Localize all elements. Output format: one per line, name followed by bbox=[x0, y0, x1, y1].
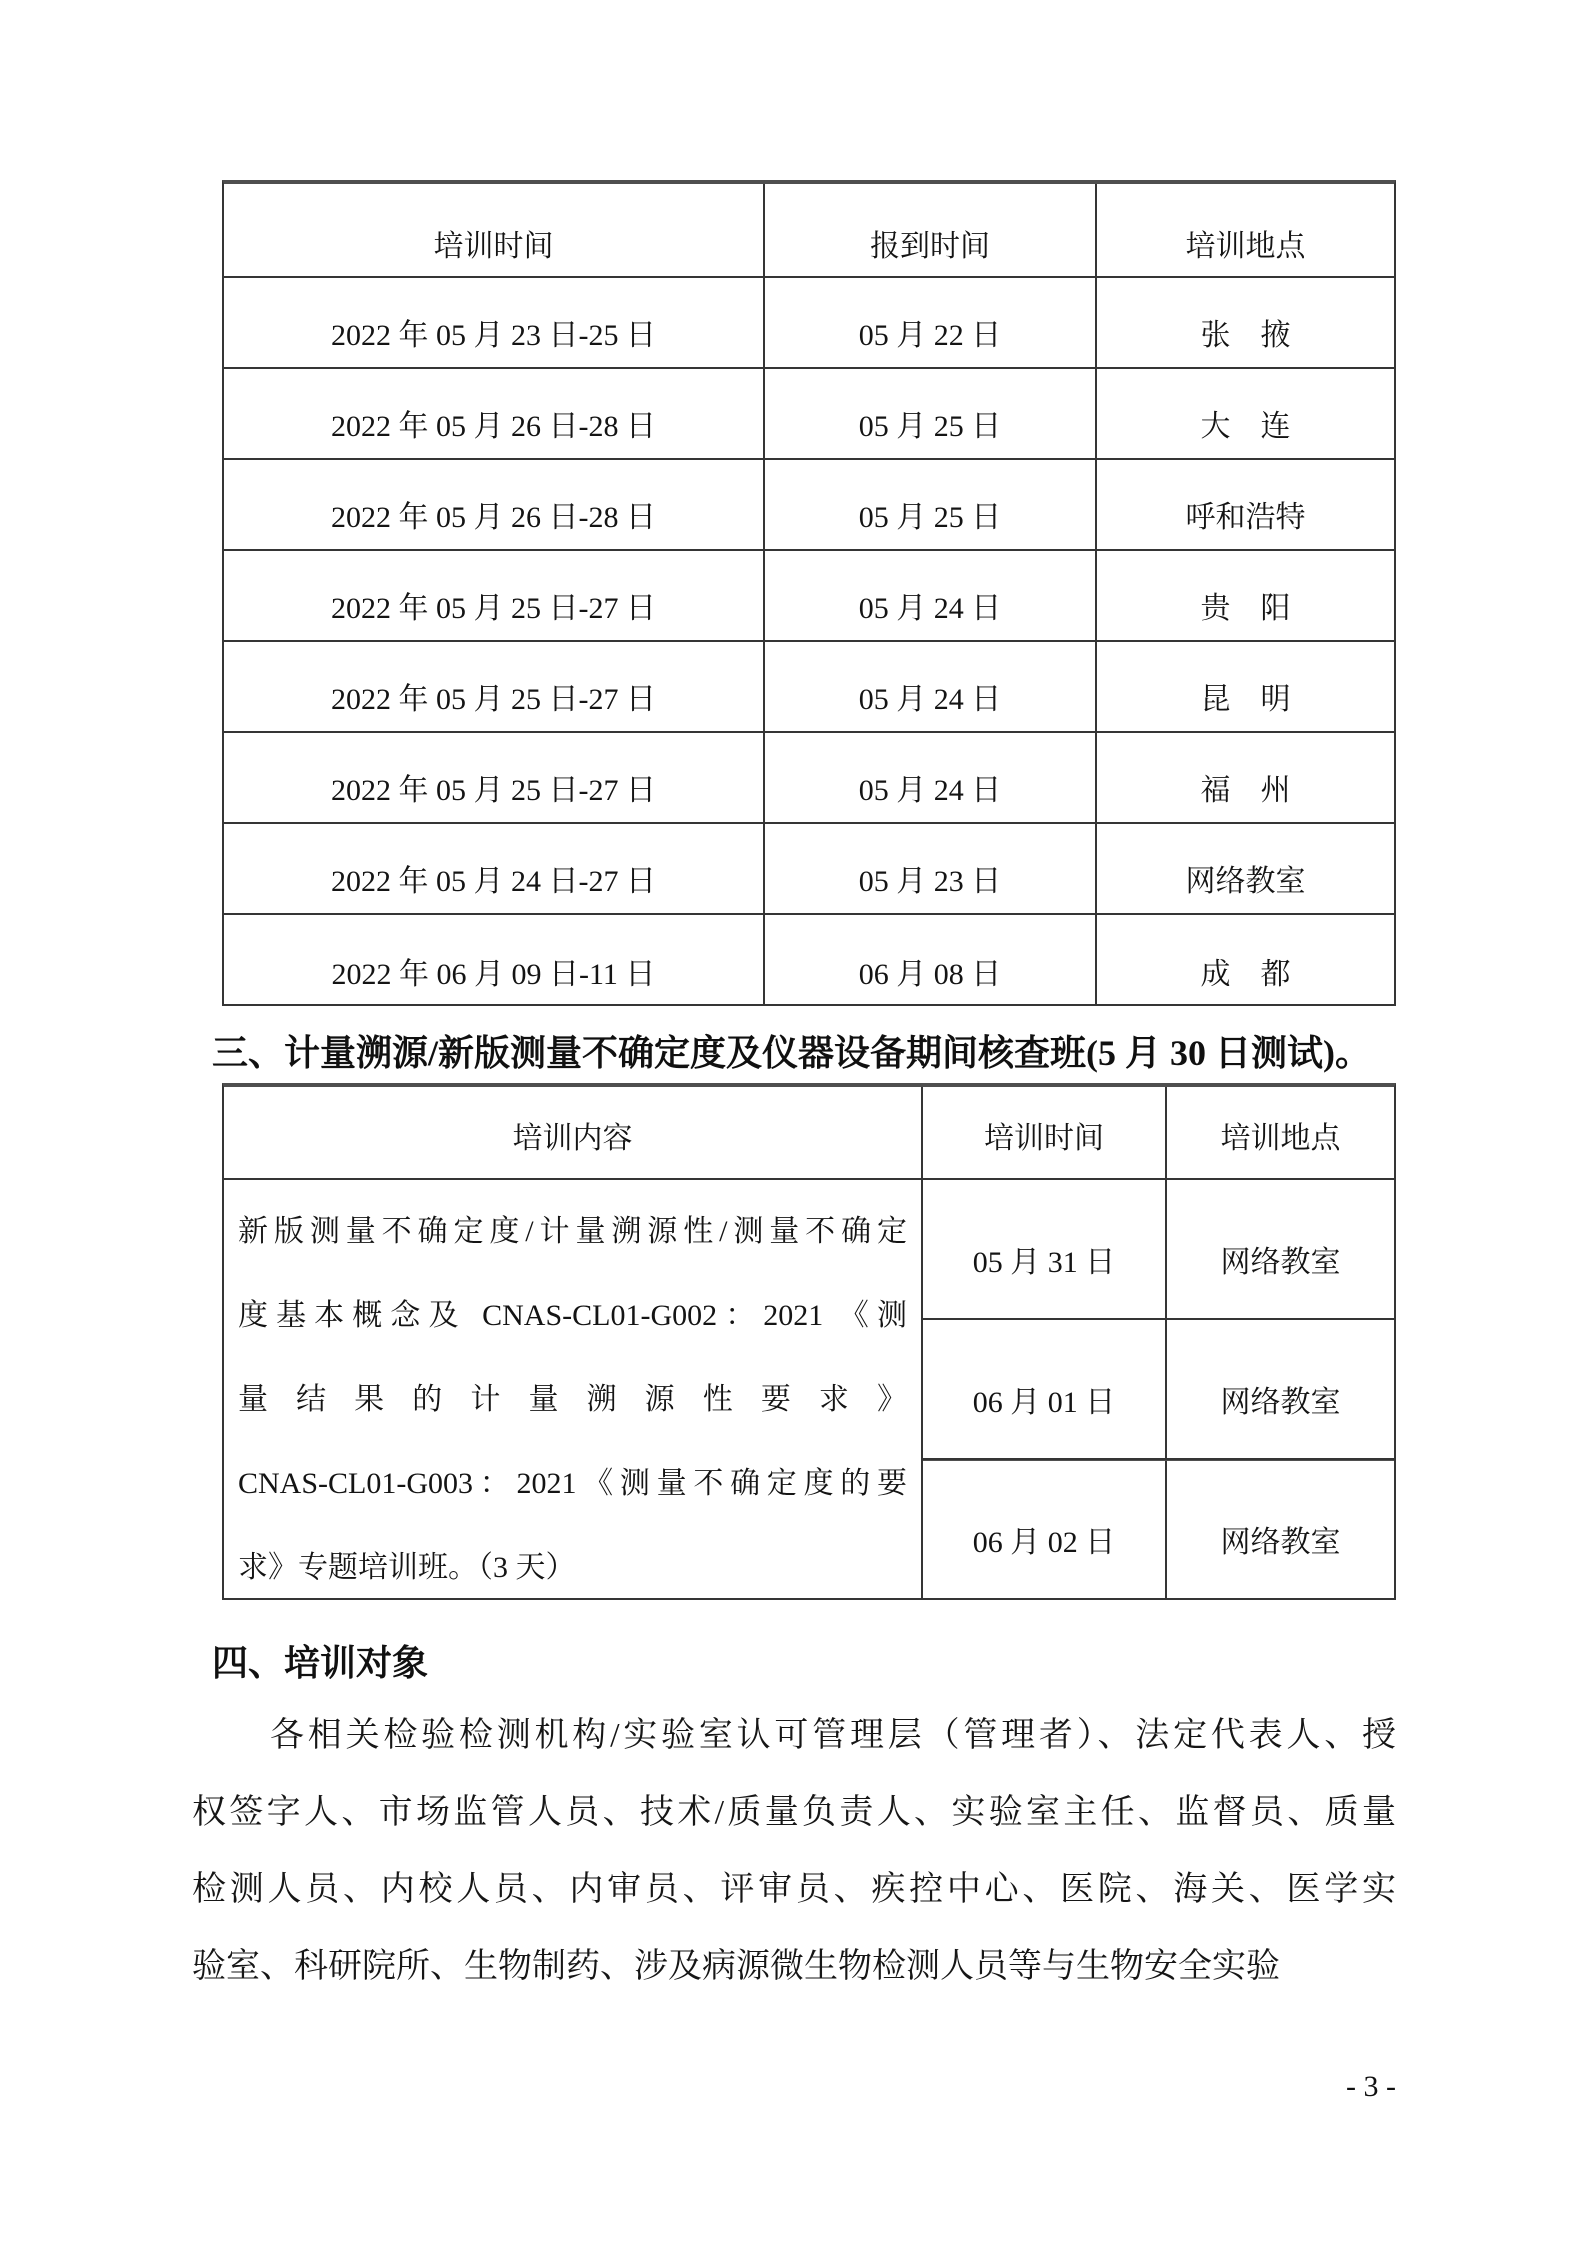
table-row: 2022 年 05 月 26 日-28 日 05 月 25 日 呼和浩特 bbox=[224, 460, 1394, 551]
location-cell: 呼和浩特 bbox=[1097, 460, 1394, 549]
table-row: 2022 年 05 月 26 日-28 日 05 月 25 日 大 连 bbox=[224, 369, 1394, 460]
training-time-cell: 05 月 31 日 bbox=[923, 1180, 1167, 1318]
section-three-heading: 三、计量溯源/新版测量不确定度及仪器设备期间核查班(5 月 30 日测试)。 bbox=[212, 1028, 1371, 1078]
table-row: 2022 年 05 月 24 日-27 日 05 月 23 日 网络教室 bbox=[224, 824, 1394, 915]
report-time-cell: 05 月 22 日 bbox=[765, 278, 1097, 367]
location-cell: 贵 阳 bbox=[1097, 551, 1394, 640]
training-time-cell: 2022 年 05 月 25 日-27 日 bbox=[224, 733, 765, 822]
metrology-table: 培训内容 培训时间 培训地点 新版测量不确定度/计量溯源性/测量不确定 度基本概… bbox=[222, 1083, 1396, 1600]
report-time-cell: 05 月 24 日 bbox=[765, 551, 1097, 640]
location-cell: 网络教室 bbox=[1167, 1180, 1394, 1318]
location-cell: 昆 明 bbox=[1097, 642, 1394, 731]
table-row: 2022 年 06 月 09 日-11 日 06 月 08 日 成 都 bbox=[224, 915, 1394, 1006]
report-time-cell: 05 月 23 日 bbox=[765, 824, 1097, 913]
metrology-session-rows: 05 月 31 日 网络教室 06 月 01 日 网络教室 06 月 02 日 … bbox=[923, 1180, 1394, 1600]
training-content-cell: 新版测量不确定度/计量溯源性/测量不确定 度基本概念及 CNAS-CL01-G0… bbox=[224, 1180, 923, 1600]
training-time-cell: 2022 年 05 月 23 日-25 日 bbox=[224, 278, 765, 367]
location-cell: 成 都 bbox=[1097, 915, 1394, 1006]
schedule-header-training-time: 培训时间 bbox=[224, 184, 765, 276]
training-time-cell: 2022 年 06 月 09 日-11 日 bbox=[224, 915, 765, 1006]
schedule-header-location: 培训地点 bbox=[1097, 184, 1394, 276]
report-time-cell: 06 月 08 日 bbox=[765, 915, 1097, 1006]
location-cell: 网络教室 bbox=[1167, 1461, 1394, 1598]
paragraph-line: 检测人员、内校人员、内审员、评审员、疾控中心、医院、海关、医学实 bbox=[192, 1851, 1396, 1928]
table-row: 06 月 01 日 网络教室 bbox=[923, 1320, 1394, 1460]
location-cell: 张 掖 bbox=[1097, 278, 1394, 367]
metrology-header-location: 培训地点 bbox=[1167, 1087, 1394, 1178]
metrology-table-body: 新版测量不确定度/计量溯源性/测量不确定 度基本概念及 CNAS-CL01-G0… bbox=[224, 1180, 1394, 1600]
training-time-cell: 06 月 02 日 bbox=[923, 1461, 1167, 1598]
content-line: CNAS-CL01-G003：2021《测量不确定度的要 bbox=[238, 1442, 907, 1526]
schedule-table: 培训时间 报到时间 培训地点 2022 年 05 月 23 日-25 日 05 … bbox=[222, 180, 1396, 1006]
page-number: - 3 - bbox=[1296, 2070, 1396, 2104]
training-time-cell: 2022 年 05 月 25 日-27 日 bbox=[224, 642, 765, 731]
paragraph-line: 验室、科研院所、生物制药、涉及病源微生物检测人员等与生物安全实验 bbox=[192, 1928, 1396, 2005]
schedule-table-header-row: 培训时间 报到时间 培训地点 bbox=[224, 184, 1394, 278]
metrology-header-training-time: 培训时间 bbox=[923, 1087, 1167, 1178]
training-time-cell: 2022 年 05 月 26 日-28 日 bbox=[224, 460, 765, 549]
report-time-cell: 05 月 25 日 bbox=[765, 369, 1097, 458]
table-row: 2022 年 05 月 25 日-27 日 05 月 24 日 福 州 bbox=[224, 733, 1394, 824]
content-line: 度基本概念及 CNAS-CL01-G002：2021 《测 bbox=[238, 1274, 907, 1358]
paragraph-line: 各相关检验检测机构/实验室认可管理层（管理者）、法定代表人、授 bbox=[192, 1697, 1396, 1774]
training-time-cell: 2022 年 05 月 25 日-27 日 bbox=[224, 551, 765, 640]
metrology-table-header-row: 培训内容 培训时间 培训地点 bbox=[224, 1087, 1394, 1180]
table-row: 2022 年 05 月 25 日-27 日 05 月 24 日 贵 阳 bbox=[224, 551, 1394, 642]
table-row: 2022 年 05 月 23 日-25 日 05 月 22 日 张 掖 bbox=[224, 278, 1394, 369]
content-line: 求》专题培训班。（3 天） bbox=[238, 1526, 907, 1600]
training-time-cell: 2022 年 05 月 26 日-28 日 bbox=[224, 369, 765, 458]
training-time-cell: 06 月 01 日 bbox=[923, 1320, 1167, 1458]
location-cell: 网络教室 bbox=[1167, 1320, 1394, 1458]
audience-paragraph: 各相关检验检测机构/实验室认可管理层（管理者）、法定代表人、授 权签字人、市场监… bbox=[192, 1697, 1396, 2005]
table-row: 06 月 02 日 网络教室 bbox=[923, 1460, 1394, 1598]
report-time-cell: 05 月 24 日 bbox=[765, 642, 1097, 731]
document-page: 培训时间 报到时间 培训地点 2022 年 05 月 23 日-25 日 05 … bbox=[0, 0, 1588, 2245]
metrology-header-content: 培训内容 bbox=[224, 1087, 923, 1178]
content-line: 新版测量不确定度/计量溯源性/测量不确定 bbox=[238, 1190, 907, 1274]
table-row: 05 月 31 日 网络教室 bbox=[923, 1180, 1394, 1320]
training-time-cell: 2022 年 05 月 24 日-27 日 bbox=[224, 824, 765, 913]
location-cell: 大 连 bbox=[1097, 369, 1394, 458]
report-time-cell: 05 月 25 日 bbox=[765, 460, 1097, 549]
report-time-cell: 05 月 24 日 bbox=[765, 733, 1097, 822]
paragraph-line: 权签字人、市场监管人员、技术/质量负责人、实验室主任、监督员、质量 bbox=[192, 1774, 1396, 1851]
location-cell: 福 州 bbox=[1097, 733, 1394, 822]
schedule-header-report-time: 报到时间 bbox=[765, 184, 1097, 276]
location-cell: 网络教室 bbox=[1097, 824, 1394, 913]
content-line: 量结果的计量溯源性要求》 bbox=[238, 1358, 907, 1442]
section-four-heading: 四、培训对象 bbox=[212, 1638, 428, 1688]
table-row: 2022 年 05 月 25 日-27 日 05 月 24 日 昆 明 bbox=[224, 642, 1394, 733]
